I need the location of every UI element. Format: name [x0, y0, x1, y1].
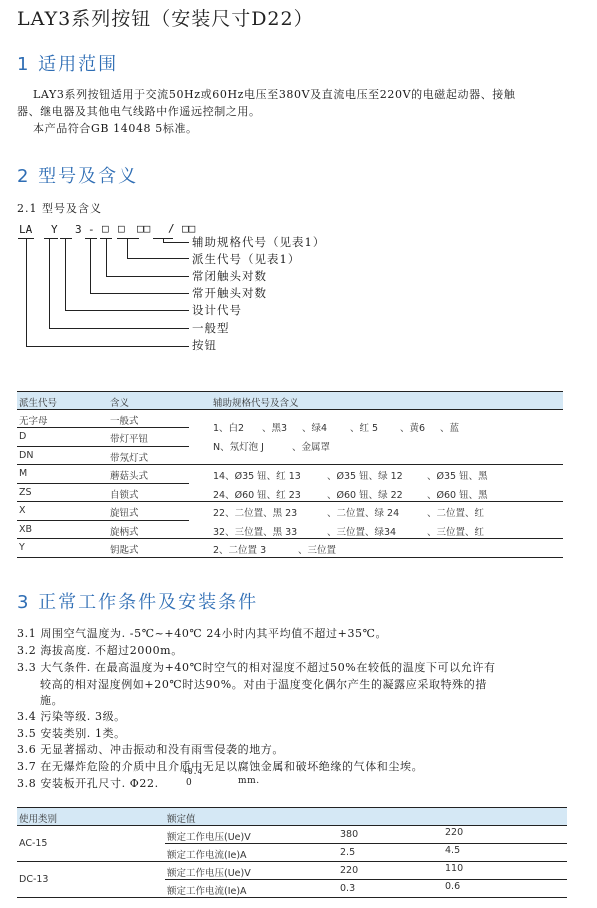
label-general-type: 一般型 [192, 320, 230, 336]
section-2-1-subheading: 2.1 型号及含义 [17, 200, 102, 216]
label-nc-contacts: 常闭触头对数 [192, 268, 267, 284]
code-part-dash: - [88, 223, 95, 236]
underline-box1 [85, 238, 97, 239]
aux-neon-1: N、氖灯泡 J [213, 439, 264, 453]
code-part-3: 3 [75, 223, 82, 236]
code-part-slash: / [168, 222, 175, 235]
aux-colors-3: 、绿4 [302, 420, 327, 434]
table1-header-code: 派生代号 [19, 395, 57, 409]
table2-bottom-rule [17, 897, 567, 898]
aux-xb-1: 32、三位置、黑 33 [213, 524, 297, 538]
leader-aux [163, 242, 189, 243]
table2-rule-1 [165, 843, 567, 844]
leader-general [49, 328, 189, 329]
stem-box3 [127, 238, 128, 258]
table1-code: Y [19, 542, 25, 553]
table1-rule-3 [17, 464, 563, 465]
table2-value: 0.3 [340, 883, 355, 894]
aux-y-2: 、三位置 [298, 542, 336, 556]
section-1-paragraph-line-2: 器、继电器及其他电气线路中作遥远控制之用。 [17, 103, 261, 119]
aux-colors-1: 1、白2 [213, 420, 244, 434]
table1-meaning: 旋钮式 [110, 505, 139, 519]
table2-label: 额定工作电流(Ie)A [167, 883, 247, 897]
table1-meaning: 一般式 [110, 413, 139, 427]
table1-rule-1 [17, 427, 189, 428]
code-part-la: LA [19, 223, 32, 236]
table2-value: 2.5 [340, 847, 355, 858]
table2-label: 额定工作电压(Ue)V [167, 865, 251, 879]
section-1-heading: 1 适用范围 [17, 50, 118, 76]
table1-bottom-rule [17, 557, 563, 558]
condition-3-3-line-1: 3.3 大气条件. 在最高温度为+40℃时空气的相对湿度不超过50%在较低的温度… [17, 659, 496, 675]
aux-colors-6: 、蓝 [440, 420, 459, 434]
table2-top-rule [17, 807, 567, 808]
table2-header-category: 使用类别 [19, 811, 57, 825]
stem-box1 [90, 238, 91, 293]
condition-3-2: 3.2 海拔高度. 不超过2000m。 [17, 642, 183, 658]
table1-code: D [19, 431, 26, 442]
table2-value: 220 [340, 865, 358, 876]
condition-3-7: 3.7 在无爆炸危险的介质中且介质中无足以腐蚀金属和破坏绝缘的气体和尘埃。 [17, 758, 423, 774]
table1-rule-5 [17, 501, 563, 502]
aux-zs-3: 、Ø60 钮、黑 [427, 487, 488, 501]
table2-value: 4.5 [445, 845, 460, 856]
condition-3-3-line-3: 施。 [40, 692, 63, 708]
table1-code: 无字母 [19, 413, 48, 427]
aux-m-2: 、Ø35 钮、绿 12 [327, 468, 403, 482]
table1-meaning: 蘑菇头式 [110, 468, 148, 482]
leader-nc [106, 276, 189, 277]
table1-code: XB [19, 524, 32, 535]
table1-meaning: 旋柄式 [110, 524, 139, 538]
label-button: 按钮 [192, 337, 217, 353]
table1-meaning: 带氖灯式 [110, 450, 148, 464]
code-part-box-3: □□ [137, 222, 150, 235]
section-1-paragraph-line-1: LAY3系列按钮适用于交流50Hz或60Hz电压至380V及直流电压至220V的… [33, 86, 516, 102]
aux-neon-2: 、金属罩 [292, 439, 330, 453]
unit-mm: mm. [238, 776, 260, 786]
table2-header-rule [17, 825, 567, 826]
aux-colors-5: 、黄6 [400, 420, 425, 434]
table1-top-rule [17, 391, 563, 392]
table2-value: 220 [445, 827, 463, 838]
table1-rule-6 [17, 520, 189, 521]
table1-header-meaning: 含义 [110, 395, 129, 409]
table2-category-dc13: DC-13 [19, 874, 48, 885]
condition-3-5: 3.5 安装类别. 1类。 [17, 725, 126, 741]
table2-value: 0.6 [445, 881, 460, 892]
aux-x-2: 、二位置、绿 24 [327, 505, 399, 519]
table1-header-rule [17, 409, 563, 410]
table1-rule-2 [17, 446, 189, 447]
table2-header-bg [17, 808, 567, 825]
code-part-y: Y [51, 223, 58, 236]
aux-x-1: 22、二位置、黑 23 [213, 505, 297, 519]
underline-box3 [117, 238, 139, 239]
label-aux-spec: 辅助规格代号（见表1） [192, 234, 325, 250]
aux-xb-3: 、三位置、红 [427, 524, 484, 538]
aux-m-1: 14、Ø35 钮、红 13 [213, 468, 301, 482]
table1-code: X [19, 505, 26, 516]
tolerance-lower: 0 [186, 778, 192, 788]
aux-colors-4: 、红 5 [350, 420, 378, 434]
page-title: LAY3系列按钮（安装尺寸D22） [17, 4, 314, 31]
leader-derived [127, 258, 189, 259]
aux-y-1: 2、二位置 3 [213, 542, 266, 556]
table1-meaning: 自锁式 [110, 487, 139, 501]
table1-rule-7 [17, 538, 563, 539]
section-1-standard-note: 本产品符合GB 14048 5标准。 [33, 120, 198, 136]
condition-3-1: 3.1 周围空气温度为. -5℃~+40℃ 24小时内其平均值不超过+35℃。 [17, 625, 387, 641]
label-derived-code: 派生代号（见表1） [192, 251, 300, 267]
leader-design [65, 310, 189, 311]
stem-la [26, 238, 27, 346]
leader-no [90, 293, 189, 294]
aux-colors-2: 、黑3 [262, 420, 287, 434]
aux-zs-2: 、Ø60 钮、绿 22 [327, 487, 403, 501]
underline-y [44, 238, 58, 239]
aux-x-3: 、二位置、红 [427, 505, 484, 519]
table2-label: 额定工作电压(Ue)V [167, 829, 251, 843]
table2-header-rating: 额定值 [167, 811, 196, 825]
table1-meaning: 带灯平钮 [110, 431, 148, 445]
condition-3-3-line-2: 较高的相对湿度例如+20℃时达90%。对由于温度变化偶尔产生的凝露应采取特殊的措 [40, 676, 487, 692]
table1-header-aux: 辅助规格代号及含义 [213, 395, 299, 409]
aux-zs-1: 24、Ø60 钮、红 23 [213, 487, 301, 501]
table1-rule-4 [17, 483, 189, 484]
table1-meaning: 钥匙式 [110, 542, 139, 556]
code-part-box-2: □ [118, 222, 125, 235]
table2-value: 110 [445, 863, 463, 874]
table2-value: 380 [340, 829, 358, 840]
table1-code: DN [19, 450, 33, 461]
aux-m-3: 、Ø35 钮、黑 [427, 468, 488, 482]
condition-3-8: 3.8 安装板开孔尺寸. Φ22. [17, 775, 159, 791]
stem-y [49, 238, 50, 328]
stem-3 [65, 238, 66, 310]
tolerance-upper: +0.4 [183, 767, 202, 776]
section-2-heading: 2 型号及含义 [17, 162, 138, 188]
code-part-box-1: □ [102, 222, 109, 235]
table1-code: M [19, 468, 27, 479]
table2-category-ac15: AC-15 [19, 838, 47, 849]
condition-3-6: 3.6 无显著摇动、冲击振动和没有雨雪侵袭的地方。 [17, 741, 284, 757]
aux-xb-2: 、三位置、绿34 [327, 524, 396, 538]
leader-button [26, 346, 189, 347]
table1-code: ZS [19, 487, 32, 498]
underline-3 [60, 238, 72, 239]
table2-rule-2 [17, 861, 567, 862]
table2-label: 额定工作电流(Ie)A [167, 847, 247, 861]
table2-rule-3 [165, 879, 567, 880]
condition-3-4: 3.4 污染等级. 3级。 [17, 708, 126, 724]
stem-box2 [106, 238, 107, 276]
section-3-heading: 3 正常工作条件及安装条件 [17, 588, 258, 614]
label-design-code: 设计代号 [192, 302, 242, 318]
label-no-contacts: 常开触头对数 [192, 285, 267, 301]
